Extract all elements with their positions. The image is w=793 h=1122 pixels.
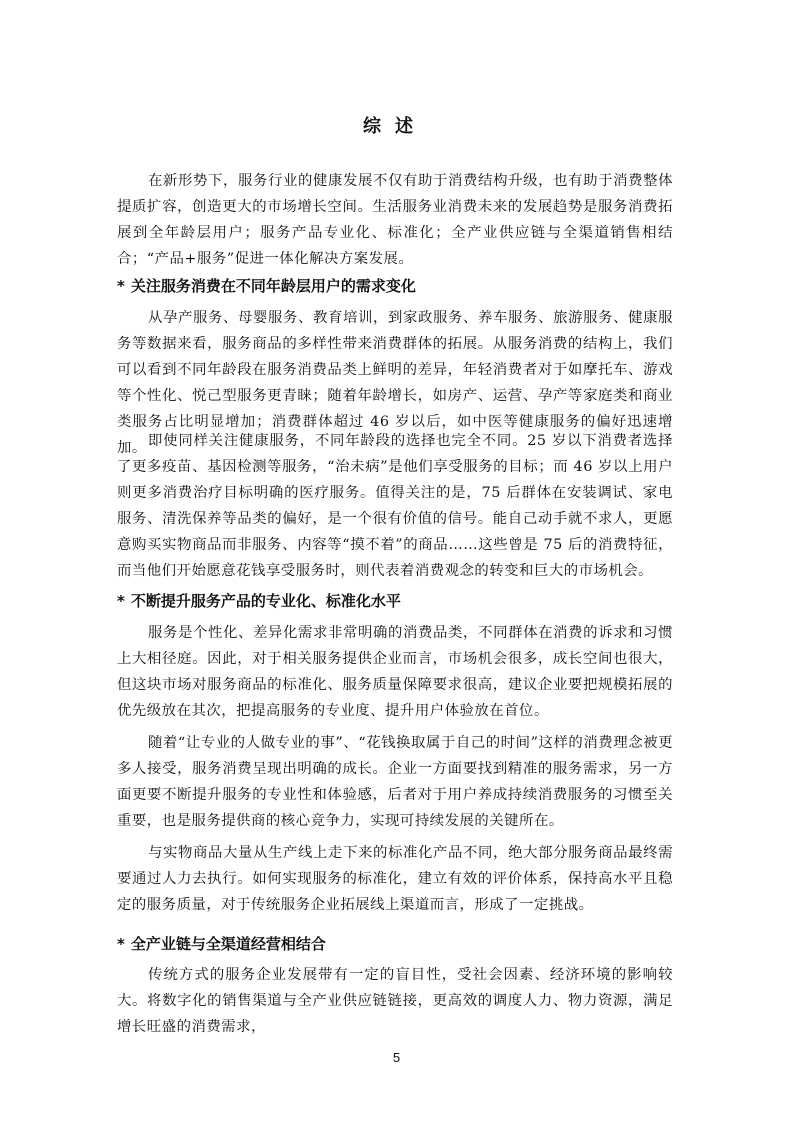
page-title: 综述 <box>117 112 673 138</box>
section-3-paragraph-1: 传统方式的服务企业发展带有一定的盲目性，受社会因素、经济环境的影响较大。将数字化… <box>117 962 673 1040</box>
section-1-paragraph-2: 即使同样关注健康服务，不同年龄段的选择也完全不同。25 岁以下消费者选择了更多疫… <box>117 428 673 584</box>
section-heading-1: *关注服务消费在不同年龄层用户的需求变化 <box>117 275 673 297</box>
section-heading-2: *不断提升服务产品的专业化、标准化水平 <box>117 590 673 612</box>
section-heading-text: 不断提升服务产品的专业化、标准化水平 <box>131 592 401 610</box>
section-heading-3: *全产业链与全渠道经营相结合 <box>117 933 673 955</box>
section-2-paragraph-1: 服务是个性化、差异化需求非常明确的消费品类，不同群体在消费的诉求和习惯上大相径庭… <box>117 620 673 724</box>
asterisk-bullet-icon: * <box>117 277 125 295</box>
intro-paragraph: 在新形势下，服务行业的健康发展不仅有助于消费结构升级，也有助于消费整体提质扩容，… <box>117 168 673 272</box>
asterisk-bullet-icon: * <box>117 935 125 953</box>
section-heading-text: 全产业链与全渠道经营相结合 <box>131 935 326 953</box>
section-heading-text: 关注服务消费在不同年龄层用户的需求变化 <box>131 277 416 295</box>
asterisk-bullet-icon: * <box>117 592 125 610</box>
section-2-paragraph-2: 随着“让专业的人做专业的事”、“花钱换取属于自己的时间”这样的消费理念被更多人接… <box>117 730 673 834</box>
page-number: 5 <box>0 1050 793 1065</box>
section-2-paragraph-3: 与实物商品大量从生产线上走下来的标准化产品不同，绝大部分服务商品最终需要通过人力… <box>117 840 673 918</box>
